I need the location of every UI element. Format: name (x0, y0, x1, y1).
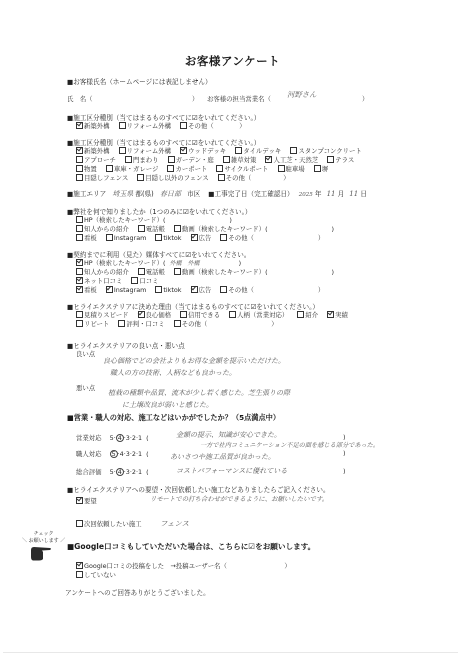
checkbox-icon[interactable] (180, 311, 187, 318)
media-referral[interactable]: 知人からの紹介 (76, 268, 129, 276)
checkbox-checked-icon[interactable] (76, 277, 83, 284)
reason-reputation[interactable]: 評判・口コミ (118, 320, 164, 328)
found-instagram[interactable]: Instagram (106, 234, 147, 242)
media-ad[interactable]: 広告 (191, 286, 212, 294)
cat-storage[interactable]: 物置 (76, 165, 97, 173)
next-work-text[interactable]: フェンス (160, 518, 189, 529)
checkbox-icon[interactable] (235, 147, 242, 154)
option-reform[interactable]: リフォーム外構 (119, 122, 171, 130)
media-word-of-mouth[interactable]: 口コミ (131, 277, 158, 285)
checkbox-icon[interactable] (131, 277, 138, 284)
ratings-heading: ■営業・職人の対応、施工などはいかがでしたか？（5点満点中） (67, 413, 280, 423)
score-3[interactable]: 3 (126, 468, 130, 476)
reason-row-2: リピート 評判・口コミ その他（ ） (76, 319, 285, 328)
score-4[interactable]: 4 (120, 450, 124, 458)
score-1[interactable]: 1 (138, 468, 142, 476)
checkbox-icon[interactable] (76, 225, 83, 232)
checkbox-icon[interactable] (216, 165, 223, 172)
rating-craftsman: 職人対応 5·4·3·2·1( (76, 449, 149, 458)
found-ad[interactable]: 広告 (191, 234, 212, 242)
score-5[interactable]: 5 (110, 468, 114, 476)
found-signboard[interactable]: 看板 (76, 234, 97, 242)
completion-label: ■工事完了日（完工確認日） (208, 190, 293, 198)
media-video[interactable]: 動画（検索したキーワード）( ) (174, 268, 334, 276)
found-referral[interactable]: 知人からの紹介 (76, 225, 129, 233)
bad-comment-line-1[interactable]: 植栽の種類や品質、流木が少し若く感じた。芝生張りの際 (108, 388, 290, 398)
reason-repeat[interactable]: リピート (76, 320, 109, 328)
reason-row-1: 見積りスピード 良心価格 信用できる 人柄（営業対応） 紹介 実績 (76, 310, 355, 319)
checkbox-icon[interactable] (138, 268, 145, 275)
reason-referral[interactable]: 紹介 (297, 311, 318, 319)
score-1[interactable]: 1 (138, 450, 142, 458)
reason-trust[interactable]: 信用できる (180, 311, 220, 319)
cat-cycleport[interactable]: サイクルポート (216, 165, 268, 173)
how-found-row-2: 知人からの紹介 電話帳 動画（検索したキーワード）( ) (76, 224, 341, 233)
name-close: ） (192, 94, 198, 103)
requests-heading: ■ヒライエクステリアへの要望・次回依頼したい施工などありましたらご記入ください。 (67, 484, 330, 494)
google-heading: ■Google口コミもしていただいた場合は、こちらに☑をお願いします。 (67, 541, 315, 552)
found-other[interactable]: その他（ ） (220, 234, 324, 242)
score-1[interactable]: 1 (138, 434, 142, 442)
score-5[interactable]: 5 (110, 434, 114, 442)
media-phonebook[interactable]: 電話帳 (138, 268, 165, 276)
construction-type-options: 新築外構 リフォーム外構 その他（ ） (76, 121, 253, 130)
rating-sales-comment-2[interactable]: 一方で社内コミュニケーション不足の面を感じる部分であった。 (200, 440, 379, 449)
year-suffix: 年 (315, 190, 322, 198)
good-comment-line-2[interactable]: 職人の方の技術、人柄なども良かった。 (110, 368, 236, 378)
found-tiktok[interactable]: tiktok (155, 234, 181, 242)
cat-tile-deck[interactable]: タイルデッキ (235, 147, 281, 155)
callout-line-2: ＼ お願いします ／ (22, 537, 65, 544)
checkbox-icon[interactable] (76, 216, 83, 223)
checkbox-icon[interactable] (314, 165, 321, 172)
score-4-selected[interactable]: 4 (116, 434, 124, 442)
checkbox-icon[interactable] (76, 165, 83, 172)
checkbox-icon[interactable] (168, 156, 175, 163)
cat-gate[interactable]: 門まわり (125, 156, 159, 164)
media-instagram[interactable]: Instagram (106, 286, 147, 294)
reason-personality[interactable]: 人柄（営業対応） (229, 311, 288, 319)
score-2[interactable]: 2 (132, 468, 136, 476)
checkbox-icon[interactable] (76, 174, 83, 181)
city-suffix: 市区 (187, 190, 200, 198)
checkbox-icon[interactable] (327, 156, 334, 163)
checkbox-icon[interactable] (180, 122, 187, 129)
callout-line-1: チェック (22, 530, 65, 537)
score-3[interactable]: 3 (126, 450, 130, 458)
checkbox-icon[interactable] (290, 147, 297, 154)
checkbox-icon[interactable] (278, 165, 285, 172)
checkbox-checked-icon[interactable] (106, 286, 113, 293)
cat-carport[interactable]: カーポート (167, 165, 207, 173)
sales-rep-label: お客様の担当営業名（ (207, 94, 271, 103)
checkbox-icon[interactable] (229, 311, 236, 318)
category-row-3: 物置 車庫・ガレージ カーポート サイクルポート 駐車場 塀 (76, 164, 335, 173)
month-field[interactable]: 11 (327, 190, 336, 198)
score-2[interactable]: 2 (132, 434, 136, 442)
reason-other[interactable]: その他（ ） (174, 320, 278, 328)
media-tiktok[interactable]: tiktok (155, 286, 181, 294)
checkbox-icon[interactable] (174, 268, 181, 275)
checkbox-icon[interactable] (119, 147, 126, 154)
rating-craftsman-comment[interactable]: あいさつや施工品質が良かった。 (170, 452, 275, 462)
area-label: ■施工エリア (67, 190, 106, 198)
checkbox-checked-icon[interactable] (180, 147, 187, 154)
next-work-label: 次回依頼したい施工 (84, 520, 142, 528)
next-work-option[interactable]: 次回依頼したい施工 (76, 519, 149, 528)
checkbox-checked-icon[interactable] (76, 147, 83, 154)
category-row-1: 新築外構 リフォーム外構 ウッドデッキ タイルデッキ スタンプコンクリート (76, 146, 369, 155)
customer-name-heading: ■お客様氏名（ホームページには表記しません） (67, 76, 212, 86)
cat-new-build[interactable]: 新築外構 (76, 147, 110, 155)
checkbox-icon[interactable] (174, 320, 181, 327)
checkbox-icon[interactable] (76, 520, 83, 527)
checkbox-icon[interactable] (118, 320, 125, 327)
reason-price[interactable]: 良心価格 (138, 311, 172, 319)
checkbox-checked-icon[interactable] (76, 497, 83, 504)
day-field[interactable]: 11 (349, 190, 358, 198)
checkbox-icon[interactable] (76, 311, 83, 318)
media-row-3: ネット口コミ 口コミ (76, 276, 166, 285)
checkbox-checked-icon[interactable] (76, 122, 83, 129)
rating-label: 営業対応 (76, 434, 102, 442)
checkbox-icon[interactable] (220, 234, 227, 241)
checkbox-icon[interactable] (223, 156, 230, 163)
google-posted-option[interactable]: Google口コミの投稿をした →投稿ユーザー名（ ） (76, 561, 298, 570)
cat-reform[interactable]: リフォーム外構 (119, 147, 171, 155)
city-field[interactable]: 春日部 (160, 190, 181, 198)
media-other[interactable]: その他（ ） (220, 286, 324, 294)
cat-wall[interactable]: 塀 (314, 165, 328, 173)
reason-track-record[interactable]: 実績 (327, 311, 348, 319)
request-option[interactable]: 要望 (76, 496, 104, 505)
option-other[interactable]: その他（ ） (180, 122, 246, 130)
checkbox-checked-icon[interactable] (138, 311, 145, 318)
rating-overall: 総合評価 5·4·3·2·1( (76, 467, 149, 476)
paren-close: ) (343, 449, 346, 457)
checkbox-icon[interactable] (174, 225, 181, 232)
checkbox-icon[interactable] (155, 234, 162, 241)
request-text[interactable]: リモートでの打ち合わせができるように、お願いしたいです。 (150, 494, 328, 503)
good-label: 良い点 (76, 349, 95, 358)
check-please-callout: チェック ＼ お願いします ／ (22, 530, 65, 544)
cat-approach[interactable]: アプローチ (76, 156, 116, 164)
checkbox-checked-icon[interactable] (76, 286, 83, 293)
checkbox-icon[interactable] (137, 174, 144, 181)
cat-terrace[interactable]: テラス (327, 156, 354, 164)
google-not-posted-label: していない (84, 571, 116, 579)
found-video[interactable]: 動画（検索したキーワード）( ) (174, 225, 334, 233)
name-field[interactable] (98, 92, 188, 101)
checkbox-icon[interactable] (76, 320, 83, 327)
cat-wood-deck[interactable]: ウッドデッキ (180, 147, 226, 155)
google-posted-label: Google口コミの投稿をした →投稿ユーザー名（ ） (84, 562, 291, 570)
checkbox-icon[interactable] (76, 234, 83, 241)
media-signboard[interactable]: 看板 (76, 286, 97, 294)
checkbox-icon[interactable] (76, 156, 83, 163)
checkbox-icon[interactable] (106, 234, 113, 241)
checkbox-icon[interactable] (220, 286, 227, 293)
cat-parking[interactable]: 駐車場 (278, 165, 305, 173)
good-comment-line-1[interactable]: 良心価格でどの会社よりもお得な金額を提示いただけた。 (103, 356, 285, 366)
survey-page: お客様アンケート ■お客様氏名（ホームページには表記しません） 氏 名（ ） お… (0, 0, 465, 658)
google-not-posted-option[interactable]: していない (76, 570, 123, 579)
reason-speed[interactable]: 見積りスピード (76, 311, 128, 319)
cat-turf[interactable]: 人工芝・天然芝 (265, 156, 318, 164)
sales-rep-close: ） (362, 94, 368, 103)
media-row-1: HP（検索したキーワード）( 外構 外構 ) (76, 258, 248, 267)
checkbox-icon[interactable] (76, 268, 83, 275)
cat-privacy-fence[interactable]: 目隠しフェンス (76, 174, 128, 182)
paren-close: ) (343, 467, 346, 475)
cat-garden[interactable]: ガーデン・庭 (168, 156, 214, 164)
checkbox-checked-icon[interactable] (76, 259, 83, 266)
checkbox-icon[interactable] (106, 165, 113, 172)
media-row-4: 看板 Instagram tiktok 広告 その他（ ） (76, 285, 331, 294)
how-found-row-1: HP（検索したキーワード）( ) (76, 215, 239, 224)
prefecture-field[interactable]: 埼玉県 (112, 190, 133, 198)
cat-other-fence[interactable]: 目隠し以外のフェンス (137, 174, 208, 182)
cat-stamp-concrete[interactable]: スタンプコンクリート (290, 147, 361, 155)
pointing-hand-icon (30, 545, 52, 561)
checkbox-checked-icon[interactable] (76, 562, 83, 569)
checkbox-icon[interactable] (167, 165, 174, 172)
how-found-row-3: 看板 Instagram tiktok 広告 その他（ ） (76, 233, 331, 242)
media-net-review[interactable]: ネット口コミ (76, 277, 122, 285)
request-label: 要望 (84, 497, 97, 505)
score-2[interactable]: 2 (132, 450, 136, 458)
media-hp-keyword[interactable]: 外構 外構 (170, 260, 200, 267)
checkbox-checked-icon[interactable] (265, 156, 272, 163)
month-suffix: 月 (338, 190, 345, 198)
score-3[interactable]: 3 (126, 434, 130, 442)
cat-weed[interactable]: 雑草対策 (223, 156, 257, 164)
checkbox-checked-icon[interactable] (191, 234, 198, 241)
checkbox-icon[interactable] (76, 571, 83, 578)
found-phonebook[interactable]: 電話帳 (138, 225, 165, 233)
bad-label: 悪い点 (76, 383, 95, 392)
rating-overall-comment[interactable]: コストパフォーマンスに優れている (176, 466, 287, 476)
rating-sales-comment[interactable]: 金額の提示、知識が安心できた。 (176, 430, 281, 440)
checkbox-icon[interactable] (125, 156, 132, 163)
checkbox-icon[interactable] (297, 311, 304, 318)
thanks-message: アンケートへのご回答ありがとうございました。 (65, 587, 210, 597)
category-row-4: 目隠しフェンス 目隠し以外のフェンス その他（ ） (76, 173, 297, 182)
pref-suffix: 都(県) (135, 190, 153, 198)
found-hp[interactable]: HP（検索したキーワード）( ) (76, 216, 232, 224)
option-new-build[interactable]: 新築外構 (76, 122, 110, 130)
checkbox-checked-icon[interactable] (327, 311, 334, 318)
checkbox-icon[interactable] (155, 286, 162, 293)
bad-comment-line-2[interactable]: に土壌改良が弱いと感じた。 (122, 400, 213, 410)
sales-rep-field[interactable]: 河野さん (287, 89, 317, 100)
page-title: お客様アンケート (0, 53, 465, 69)
cat-garage[interactable]: 車庫・ガレージ (106, 165, 159, 173)
score-4-selected[interactable]: 4 (116, 468, 124, 476)
checkbox-icon[interactable] (218, 174, 225, 181)
checkbox-checked-icon[interactable] (191, 286, 198, 293)
day-suffix: 日 (360, 190, 367, 198)
checkbox-icon[interactable] (119, 122, 126, 129)
cat-other[interactable]: その他（ ） (218, 174, 290, 182)
checkbox-icon[interactable] (138, 225, 145, 232)
category-row-2: アプローチ 門まわり ガーデン・庭 雑草対策 人工芝・天然芝 テラス (76, 155, 361, 164)
rating-label: 総合評価 (76, 468, 102, 476)
media-row-2: 知人からの紹介 電話帳 動画（検索したキーワード）( ) (76, 267, 341, 276)
year-field[interactable]: 2025 (299, 192, 313, 198)
rating-label: 職人対応 (76, 450, 102, 458)
media-hp[interactable]: HP（検索したキーワード）( (76, 259, 165, 267)
score-5-selected[interactable]: 5 (110, 450, 118, 458)
page-bottom-edge (3, 652, 458, 653)
rating-sales: 営業対応 5·4·3·2·1( (76, 433, 149, 442)
name-label: 氏 名（ (67, 94, 93, 103)
area-section: ■施工エリア 埼玉県 都(県) 春日部 市区 ■工事完了日（完工確認日） 202… (67, 188, 367, 199)
